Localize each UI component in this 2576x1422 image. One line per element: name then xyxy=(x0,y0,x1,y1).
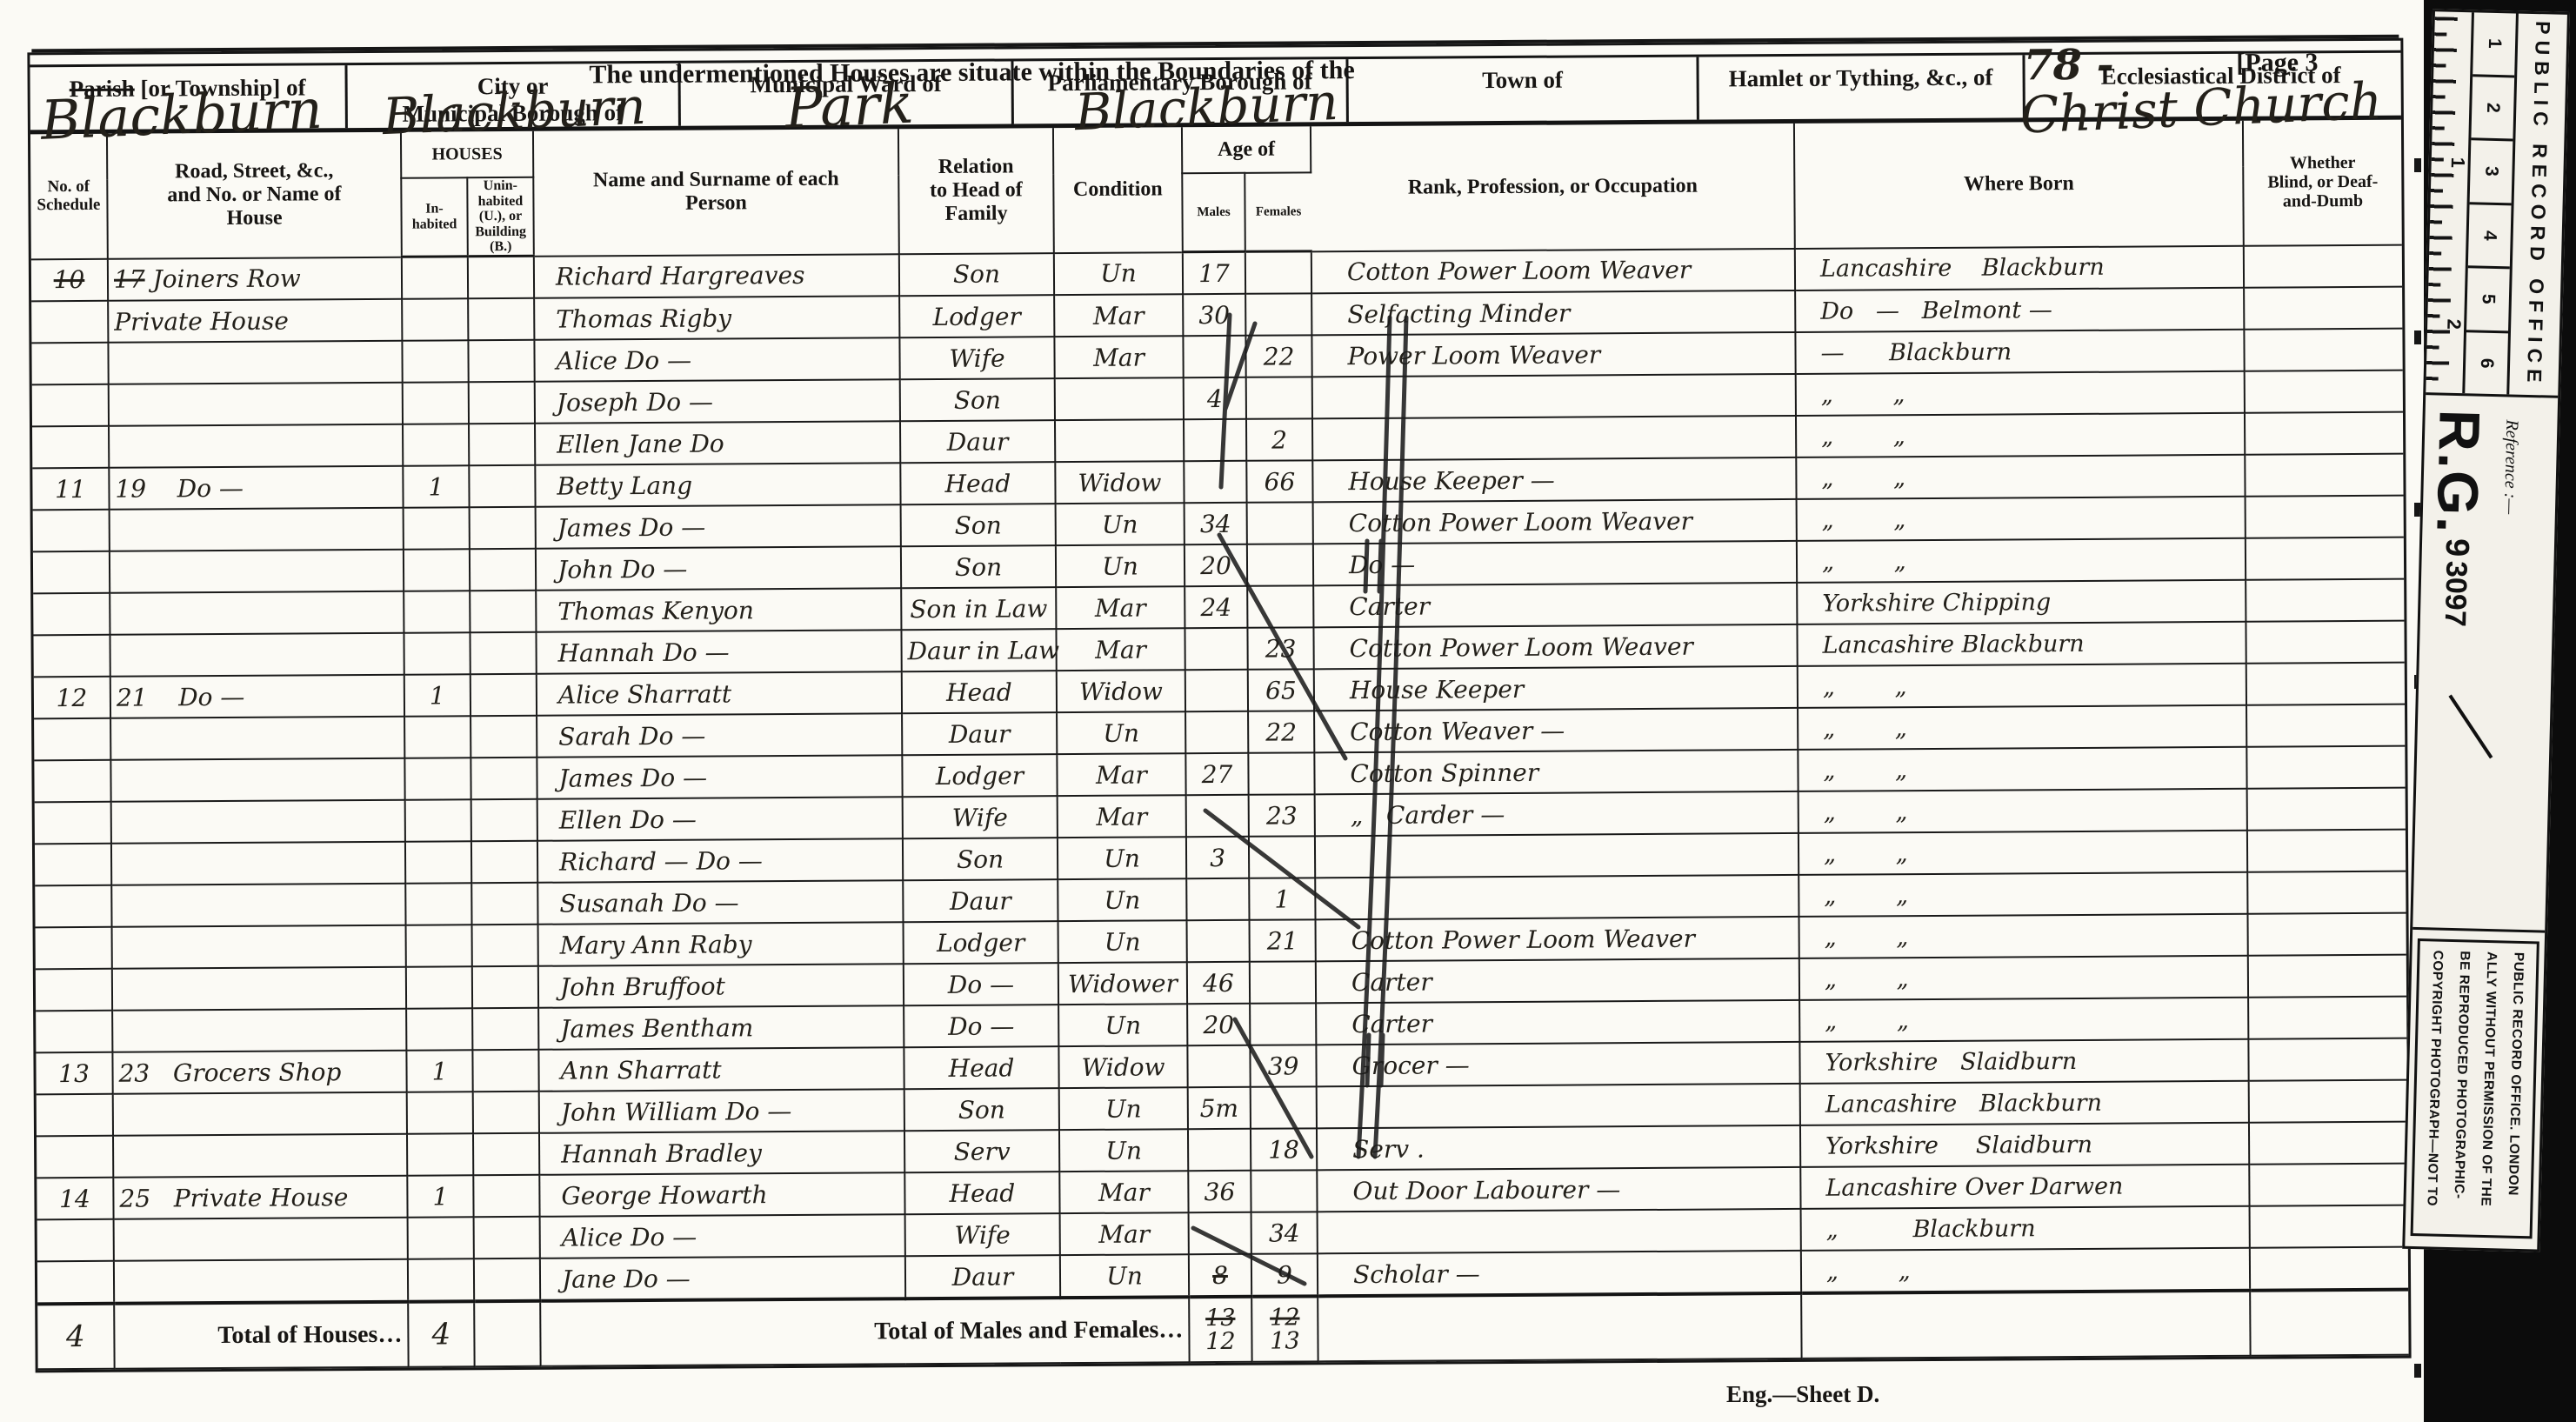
cell-schedule xyxy=(31,343,108,385)
cell-name: John William Do — xyxy=(539,1089,904,1133)
cell-road xyxy=(111,884,405,927)
cell-occupation: House Keeper — xyxy=(1312,457,1796,502)
cell-relation: Wife xyxy=(899,337,1054,379)
ruler-inch-2: 2 xyxy=(2442,318,2465,330)
cell-schedule xyxy=(35,885,111,928)
cell-relation: Head xyxy=(904,1046,1058,1089)
cell-schedule xyxy=(35,802,111,845)
col-infirmity: Whether Blind, or Deaf- and-Dumb xyxy=(2243,120,2402,246)
cell-condition: Widow xyxy=(1058,1045,1187,1088)
cell-age-female: 66 xyxy=(1246,460,1312,502)
cell-age-female xyxy=(1251,1170,1317,1212)
cell-occupation: Out Door Labourer — xyxy=(1317,1167,1800,1212)
cell-inhabited xyxy=(407,1092,473,1133)
ruler-cm-5-label: 5 xyxy=(2478,294,2499,304)
totals-spacer-2 xyxy=(1318,1293,1801,1361)
cell-infirmity xyxy=(2245,454,2403,497)
totals-row: 4 Total of Houses… 4 Total of Males and … xyxy=(37,1290,2408,1370)
cell-occupation: Do — xyxy=(1313,541,1797,585)
census-page: The undermentioned Houses are situate wi… xyxy=(27,38,2411,1373)
cell-inhabited xyxy=(404,507,470,549)
loc-town: Town of xyxy=(1348,57,1698,123)
cell-uninhabited xyxy=(474,1258,540,1301)
cell-schedule: 14 xyxy=(37,1178,113,1220)
cell-relation: Serv xyxy=(904,1130,1059,1172)
copyright-line-4: PUBLIC RECORD OFFICE. LONDON xyxy=(2499,952,2533,1228)
cell-name: Ellen Jane Do xyxy=(535,421,900,465)
cell-road xyxy=(110,508,404,551)
ruler-inch-1: 1 xyxy=(2446,157,2469,168)
col-road: Road, Street, &c., and No. or Name of Ho… xyxy=(107,132,402,259)
cell-infirmity xyxy=(2246,496,2404,538)
cell-relation: Lodger xyxy=(899,295,1054,337)
cell-occupation: Cotton Weaver — xyxy=(1314,708,1798,752)
cell-age-male xyxy=(1185,670,1248,711)
loc-parish-value: Blackburn xyxy=(39,77,324,152)
cell-uninhabited xyxy=(470,591,536,632)
cell-relation: Daur xyxy=(900,420,1055,463)
cell-born: Yorkshire Chipping xyxy=(1797,580,2246,624)
cell-age-male: 34 xyxy=(1185,503,1247,544)
cell-name: Joseph Do — xyxy=(535,379,900,424)
cell-condition: Widow xyxy=(1057,670,1185,712)
cell-occupation: Carter xyxy=(1313,583,1797,627)
ruler-cm-1: 1 xyxy=(2473,12,2516,77)
ruler-cm-4: 4 xyxy=(2468,204,2512,270)
cell-uninhabited xyxy=(468,256,534,298)
cell-relation: Son xyxy=(899,253,1054,297)
cell-age-female xyxy=(1248,752,1314,794)
cell-uninhabited xyxy=(471,799,537,841)
ruler-cm-4-label: 4 xyxy=(2479,230,2500,240)
cell-inhabited xyxy=(408,1217,474,1258)
cell-name: Richard Hargreaves xyxy=(534,254,899,298)
cell-road: 21 Do — xyxy=(110,675,404,718)
cell-age-female: 21 xyxy=(1250,919,1316,961)
rg-class: 9 xyxy=(2439,538,2476,557)
loc-parish: Parish [or Township] of Blackburn xyxy=(30,65,347,130)
cell-schedule xyxy=(36,927,112,970)
cell-road xyxy=(110,758,404,802)
cell-schedule xyxy=(35,844,111,886)
cell-relation: Son xyxy=(903,838,1058,880)
cell-born: Do — Belmont — xyxy=(1795,288,2244,332)
cell-infirmity xyxy=(2246,621,2404,664)
sheet-footer: Eng.—Sheet D. xyxy=(1726,1381,1879,1408)
cell-occupation: Grocer — xyxy=(1316,1042,1799,1086)
cell-age-male: 36 xyxy=(1188,1171,1251,1212)
cell-infirmity xyxy=(2249,1122,2407,1165)
cell-occupation: Power Loom Weaver xyxy=(1311,332,1795,377)
cell-schedule xyxy=(33,510,110,552)
cell-relation: Lodger xyxy=(902,754,1057,797)
cell-road: 25 Private House xyxy=(113,1176,407,1219)
cell-age-male xyxy=(1185,628,1247,670)
census-table: No. of Schedule Road, Street, &c., and N… xyxy=(30,120,2409,1371)
cell-condition: Mar xyxy=(1054,336,1183,378)
cell-condition: Un xyxy=(1056,503,1185,545)
cell-road: 17 Joiners Row xyxy=(108,257,402,301)
copyright-box: COPYRIGHT PHOTOGRAPH—NOT TO BE REPRODUCE… xyxy=(2411,938,2539,1238)
cell-age-male: 30 xyxy=(1183,294,1245,336)
cell-infirmity xyxy=(2246,663,2405,705)
rg-series: R.G. xyxy=(2425,409,2492,535)
cell-infirmity xyxy=(2249,1080,2407,1123)
col-occupation: Rank, Profession, or Occupation xyxy=(1311,124,1795,251)
cell-born: Lancashire Blackburn xyxy=(1800,1081,2249,1125)
cell-infirmity xyxy=(2247,788,2406,831)
cell-born: „ „ xyxy=(1798,747,2246,791)
reference-series: R.G. 9 3097 xyxy=(2412,395,2493,929)
cell-relation: Head xyxy=(900,462,1055,504)
cell-occupation: „ Carder — xyxy=(1315,791,1799,836)
cell-relation: Son xyxy=(904,1088,1059,1131)
cell-schedule: 10 xyxy=(31,258,108,301)
cell-name: Alice Sharratt xyxy=(537,671,902,716)
cell-condition xyxy=(1055,419,1184,462)
cell-road xyxy=(114,1218,408,1261)
cell-schedule xyxy=(33,593,110,636)
cell-occupation: Cotton Power Loom Weaver xyxy=(1316,917,1799,961)
cell-age-male: 5m xyxy=(1188,1087,1251,1129)
cell-inhabited xyxy=(404,549,470,591)
totals-females: 12 13 xyxy=(1251,1296,1318,1361)
cell-name: James Bentham xyxy=(538,1005,904,1050)
cell-inhabited: 1 xyxy=(407,1175,473,1217)
loc-ward: Municipal Ward of Park xyxy=(680,61,1013,125)
cell-relation: Daur in Law xyxy=(901,629,1056,671)
cell-road: Private House xyxy=(108,299,402,343)
cell-inhabited xyxy=(402,298,468,340)
cell-inhabited: 1 xyxy=(406,1050,472,1092)
cell-schedule xyxy=(33,635,110,678)
cell-born: „ Blackburn xyxy=(1801,1206,2250,1251)
cell-inhabited xyxy=(406,966,472,1008)
cell-schedule: 13 xyxy=(36,1052,112,1095)
cell-age-female xyxy=(1247,544,1313,585)
cell-relation: Wife xyxy=(903,796,1058,838)
totals-mf-label: Total of Males and Females… xyxy=(540,1297,1189,1366)
cell-schedule xyxy=(36,1011,112,1053)
cell-age-male: 20 xyxy=(1187,1004,1250,1045)
cell-condition: Mar xyxy=(1056,586,1185,629)
cell-condition: Mar xyxy=(1056,628,1185,671)
cell-name: Hannah Do — xyxy=(536,630,901,674)
cell-born: Yorkshire Slaidburn xyxy=(1799,1039,2248,1084)
loc-ward-value: Park xyxy=(784,72,915,142)
cell-age-female xyxy=(1247,502,1313,544)
cell-born: „ „ xyxy=(1799,831,2247,875)
ruler-cm-2: 2 xyxy=(2471,77,2514,142)
cell-age-female: 65 xyxy=(1248,669,1314,711)
ruler-cm-1-label: 1 xyxy=(2484,38,2505,49)
loc-borough-value: Blackburn xyxy=(382,77,647,146)
col-name: Name and Surname of each Person xyxy=(533,129,899,256)
cell-relation: Lodger xyxy=(904,921,1058,964)
cell-age-male xyxy=(1186,795,1249,837)
cell-inhabited xyxy=(404,591,470,632)
cell-road xyxy=(108,341,402,384)
cell-born: „ „ xyxy=(1801,1248,2250,1293)
ruler-cm-3: 3 xyxy=(2470,140,2513,205)
col-uninhabited: Unin- habited (U.), or Building (B.) xyxy=(467,177,534,257)
cell-age-female xyxy=(1250,1003,1316,1045)
cell-infirmity xyxy=(2248,1038,2406,1081)
cell-occupation: Serv . xyxy=(1317,1125,1800,1170)
cell-occupation xyxy=(1312,416,1796,460)
cell-name: John Bruffoot xyxy=(538,964,904,1008)
office-name-column: PUBLIC RECORD OFFICE xyxy=(2509,14,2567,396)
cell-name: Susanah Do — xyxy=(537,880,903,925)
cell-age-female xyxy=(1245,293,1311,335)
cell-inhabited xyxy=(402,257,468,299)
cell-uninhabited xyxy=(471,883,537,925)
cell-age-male: 17 xyxy=(1183,251,1245,294)
cell-occupation: Selfacting Minder xyxy=(1311,290,1795,335)
cell-uninhabited xyxy=(470,758,537,799)
cell-road xyxy=(110,591,404,635)
cell-schedule xyxy=(37,1261,114,1305)
copyright-text: COPYRIGHT PHOTOGRAPH—NOT TO BE REPRODUCE… xyxy=(2418,950,2533,1227)
cell-age-male xyxy=(1187,920,1250,962)
census-scan: The undermentioned Houses are situate wi… xyxy=(0,0,2576,1422)
cell-inhabited xyxy=(403,424,469,465)
cell-schedule xyxy=(37,1094,113,1137)
cell-born: „ „ xyxy=(1796,413,2245,457)
cell-occupation: Cotton Power Loom Weaver xyxy=(1313,624,1797,669)
cell-age-female: 22 xyxy=(1245,335,1311,377)
cell-name: Thomas Rigby xyxy=(534,296,899,340)
cell-born: Lancashire Blackburn xyxy=(1797,622,2246,666)
cell-condition: Un xyxy=(1060,1254,1189,1298)
cell-relation: Do — xyxy=(904,1005,1058,1047)
cell-name: James Do — xyxy=(537,755,902,799)
cell-condition xyxy=(1055,377,1184,420)
cell-born: „ „ xyxy=(1799,872,2247,917)
loc-borough: City or Municipal Borough of Blackburn xyxy=(347,63,680,128)
cell-inhabited xyxy=(403,382,469,424)
cell-uninhabited xyxy=(470,674,537,716)
cell-name: Hannah Bradley xyxy=(539,1131,904,1175)
loc-parl-borough: Parliamentary Borough of Blackburn xyxy=(1013,59,1348,124)
cell-uninhabited xyxy=(473,1133,539,1175)
cell-name: Jane Do — xyxy=(540,1256,905,1301)
totals-body: 4 Total of Houses… 4 Total of Males and … xyxy=(37,1290,2408,1370)
pro-strip: 1 2 1 2 3 4 5 6 PUBLIC RECORD OFFICE R.G… xyxy=(2424,0,2576,1422)
cell-name: George Howarth xyxy=(539,1172,904,1217)
cell-age-male xyxy=(1185,711,1248,753)
cell-inhabited xyxy=(406,1008,472,1050)
cell-age-female: 18 xyxy=(1251,1128,1317,1170)
cell-name: James Do — xyxy=(536,504,901,549)
cell-born: „ „ xyxy=(1799,956,2248,1000)
cell-born: Lancashire Over Darwen xyxy=(1800,1165,2249,1209)
cell-road xyxy=(111,842,405,885)
cell-infirmity xyxy=(2247,830,2406,872)
cell-schedule xyxy=(33,551,110,594)
cell-occupation: Scholar — xyxy=(1318,1251,1801,1296)
cell-inhabited: 1 xyxy=(404,674,470,716)
col-females: Females xyxy=(1245,172,1311,251)
cell-uninhabited xyxy=(468,340,534,382)
cell-condition: Widower xyxy=(1058,962,1187,1005)
totals-schedule: 4 xyxy=(37,1304,114,1370)
cell-inhabited: 1 xyxy=(403,465,469,507)
cell-schedule xyxy=(31,301,108,344)
cell-relation: Do — xyxy=(904,963,1058,1005)
location-header: Parish [or Township] of Blackburn City o… xyxy=(30,53,2400,135)
cell-name: Richard — Do — xyxy=(537,838,903,883)
cell-uninhabited xyxy=(474,1217,540,1258)
ruler: 1 2 1 2 3 4 5 6 PUBLIC RECORD OFFICE xyxy=(2426,11,2567,398)
cell-occupation: Cotton Power Loom Weaver xyxy=(1313,499,1797,544)
cell-age-female: 22 xyxy=(1248,711,1314,752)
cell-age-female xyxy=(1247,585,1313,627)
cell-born: „ „ xyxy=(1799,998,2248,1042)
cell-uninhabited xyxy=(470,507,536,549)
reference-section: R.G. 9 3097 Reference :— xyxy=(2412,395,2558,933)
cell-road xyxy=(112,1009,406,1052)
cell-schedule: 11 xyxy=(32,468,109,511)
totals-spacer-1 xyxy=(474,1301,540,1366)
cell-inhabited xyxy=(406,925,472,966)
cell-age-female: 39 xyxy=(1250,1045,1316,1086)
cell-age-female: 23 xyxy=(1249,794,1315,836)
cell-uninhabited xyxy=(469,465,535,507)
cell-condition: Mar xyxy=(1060,1212,1189,1255)
cell-uninhabited xyxy=(472,925,538,966)
cell-infirmity xyxy=(2245,412,2403,455)
cell-relation: Head xyxy=(904,1172,1059,1214)
cell-road xyxy=(112,967,406,1011)
cell-relation: Son xyxy=(900,378,1055,421)
cell-schedule xyxy=(32,384,109,427)
cell-road xyxy=(110,550,404,593)
cell-infirmity xyxy=(2248,913,2406,956)
cell-schedule xyxy=(34,718,110,761)
cell-road xyxy=(109,424,403,468)
cell-inhabited xyxy=(405,841,471,883)
cell-occupation: Cotton Spinner xyxy=(1314,750,1798,794)
cell-uninhabited xyxy=(468,298,534,340)
cell-inhabited xyxy=(404,716,470,758)
cell-inhabited xyxy=(404,758,470,799)
col-males: Males xyxy=(1182,173,1245,252)
cell-infirmity xyxy=(2248,955,2406,998)
cell-relation: Son in Law xyxy=(901,587,1056,630)
cell-relation: Daur xyxy=(903,879,1058,922)
cell-condition: Un xyxy=(1056,544,1185,587)
cell-uninhabited xyxy=(470,632,536,674)
cell-schedule xyxy=(36,969,112,1011)
cell-age-male xyxy=(1189,1212,1251,1254)
loc-parl-borough-value: Blackburn xyxy=(1074,72,1339,142)
cell-age-male: 46 xyxy=(1187,962,1250,1004)
cell-age-female: 34 xyxy=(1251,1212,1318,1253)
cell-inhabited xyxy=(405,883,471,925)
cell-uninhabited xyxy=(472,1008,538,1050)
cell-born: „ „ xyxy=(1798,664,2246,708)
cell-road xyxy=(112,925,406,969)
cell-born: „ „ xyxy=(1796,371,2245,416)
cell-age-female: 23 xyxy=(1247,627,1313,669)
cell-age-male: 24 xyxy=(1185,586,1247,628)
cell-age-female xyxy=(1251,1086,1317,1128)
cell-inhabited xyxy=(404,632,470,674)
cell-name: Ellen Do — xyxy=(537,797,903,841)
cell-infirmity xyxy=(2245,371,2403,413)
cell-born: Lancashire Blackburn xyxy=(1795,245,2244,290)
col-inhabited: In- habited xyxy=(401,177,468,257)
cell-schedule xyxy=(32,426,109,469)
cell-born: „ „ xyxy=(1797,538,2246,583)
cell-infirmity xyxy=(2244,287,2402,330)
cell-condition: Mar xyxy=(1058,795,1186,838)
cell-name: Thomas Kenyon xyxy=(536,588,901,632)
cell-schedule: 12 xyxy=(34,677,110,719)
cell-schedule xyxy=(37,1219,114,1262)
cell-age-female xyxy=(1250,961,1316,1003)
cell-road: 23 Grocers Shop xyxy=(112,1051,406,1094)
cell-infirmity xyxy=(2250,1247,2408,1291)
totals-houses-value: 4 xyxy=(408,1301,474,1366)
col-schedule: No. of Schedule xyxy=(30,134,108,259)
totals-spacer-4 xyxy=(2250,1290,2408,1356)
cell-occupation xyxy=(1315,875,1799,919)
cell-name: John Do — xyxy=(536,546,901,591)
cell-occupation xyxy=(1318,1209,1801,1253)
cell-relation: Son xyxy=(901,545,1056,588)
cell-occupation: Carter xyxy=(1316,958,1799,1003)
cell-born: „ „ xyxy=(1796,455,2245,499)
loc-hamlet-label: Hamlet or Tything, &c., of xyxy=(1698,55,2022,92)
cell-infirmity xyxy=(2244,329,2402,371)
cell-born: „ „ xyxy=(1798,705,2246,750)
cell-occupation xyxy=(1315,833,1799,878)
cell-age-male: 8 xyxy=(1189,1254,1251,1297)
cell-condition: Un xyxy=(1058,1004,1187,1046)
totals-males: 13 12 xyxy=(1189,1297,1251,1362)
cell-age-male xyxy=(1183,336,1245,377)
cell-age-female: 1 xyxy=(1249,878,1315,919)
cell-relation: Son xyxy=(901,504,1056,546)
table-body: 10 17 Joiners Row Richard Hargreaves Son… xyxy=(31,244,2408,1304)
cell-age-female: 9 xyxy=(1251,1253,1318,1296)
cell-condition: Mar xyxy=(1059,1171,1188,1213)
cell-infirmity xyxy=(2249,1164,2407,1206)
cell-relation: Daur xyxy=(902,712,1057,755)
cell-uninhabited xyxy=(470,549,536,591)
cell-occupation xyxy=(1317,1084,1800,1128)
col-born: Where Born xyxy=(1794,121,2244,249)
cell-age-male: 4 xyxy=(1184,377,1246,419)
cell-born: Yorkshire Slaidburn xyxy=(1800,1123,2249,1167)
cell-road xyxy=(113,1092,407,1136)
cell-age-female xyxy=(1249,836,1315,878)
cell-condition: Widow xyxy=(1055,461,1184,504)
cell-inhabited xyxy=(407,1133,473,1175)
cell-road: 19 Do — xyxy=(109,466,403,510)
cell-condition: Un xyxy=(1058,837,1186,879)
cell-schedule xyxy=(34,760,110,803)
cell-condition: Un xyxy=(1059,1129,1188,1172)
cell-age-male xyxy=(1188,1129,1251,1171)
cell-occupation xyxy=(1312,374,1796,418)
cell-infirmity xyxy=(2247,871,2406,914)
cell-occupation: Cotton Power Loom Weaver xyxy=(1311,248,1795,293)
rg-piece: 3097 xyxy=(2439,560,2473,627)
cell-condition: Un xyxy=(1057,711,1185,754)
